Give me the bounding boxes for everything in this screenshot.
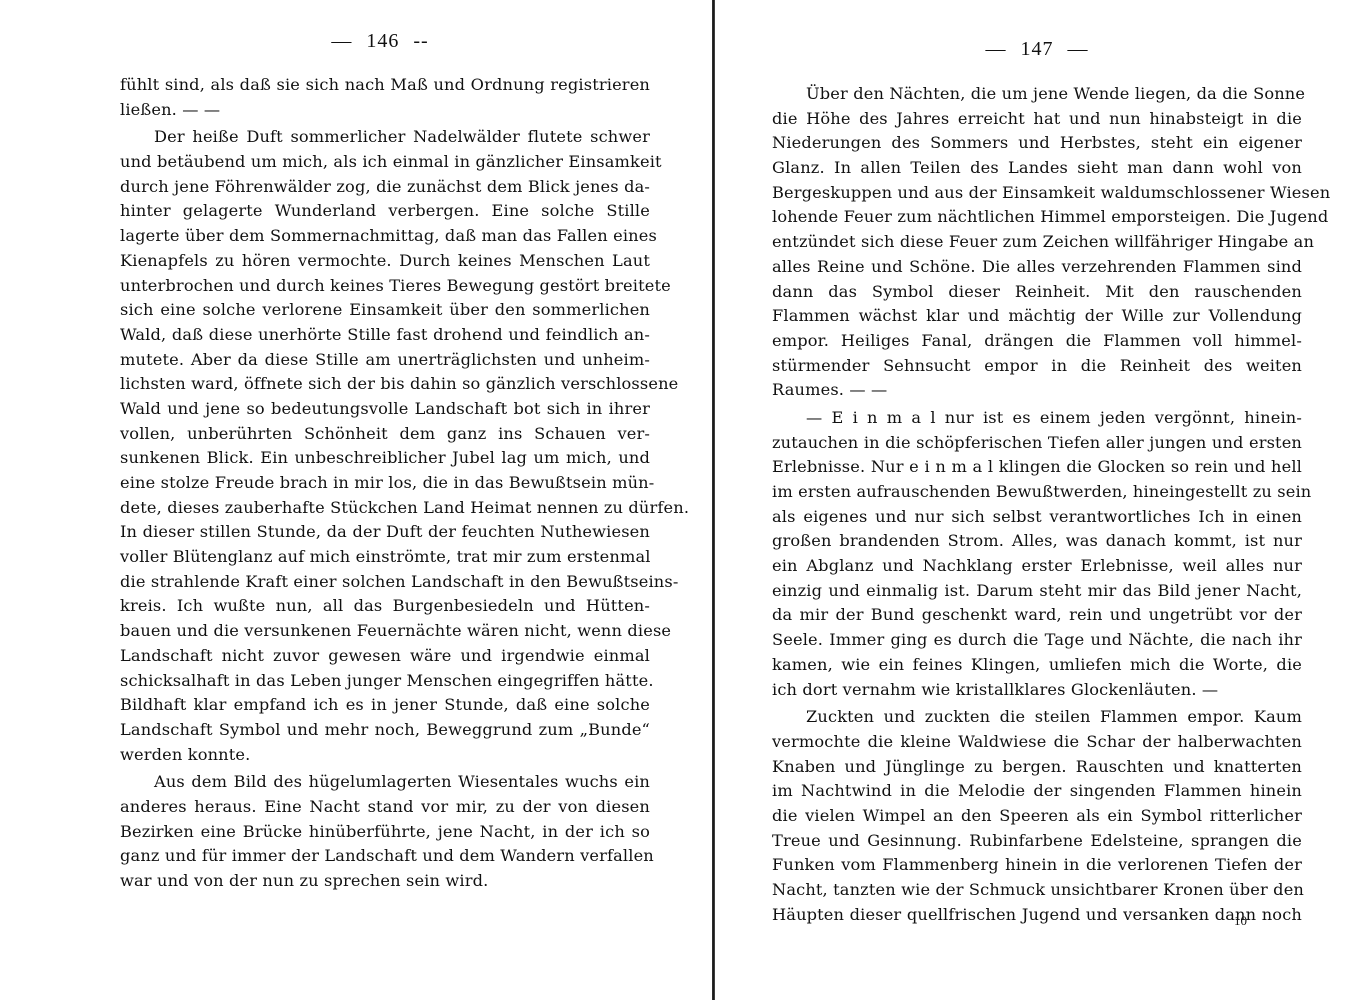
text-line: hinter gelagerte Wunderland verbergen. E… — [120, 199, 650, 224]
text-line: Landschaft Symbol und mehr noch, Beweggr… — [120, 718, 650, 743]
text-line: die vielen Wimpel an den Speeren als ein… — [772, 804, 1302, 829]
text-line: voller Blütenglanz auf mich einströmte, … — [120, 545, 650, 570]
text-line: lichsten ward, öffnete sich der bis dahi… — [120, 372, 650, 397]
text-line: unterbrochen und durch keines Tieres Bew… — [120, 274, 650, 299]
paragraph-start-line: Der heiße Duft sommerlicher Nadelwälder … — [120, 125, 650, 150]
paragraph-start-line: Aus dem Bild des hügelumlagerten Wiesent… — [120, 770, 650, 795]
page-body-text: Über den Nächten, die um jene Wende lieg… — [772, 82, 1302, 927]
header-dash: — — [986, 38, 1007, 60]
text-line: Erlebnisse. Nur e i n m a l klingen die … — [772, 455, 1302, 480]
text-line: im Nachtwind in die Melodie der singende… — [772, 779, 1302, 804]
text-line: Wald und jene so bedeutungsvolle Landsch… — [120, 397, 650, 422]
text-line: bauen und die versunkenen Feuernächte wä… — [120, 619, 650, 644]
page-number-header: —147— — [772, 38, 1302, 61]
text-line: im ersten aufrauschenden Bewußtwerden, h… — [772, 480, 1302, 505]
text-line: Kienapfels zu hören vermochte. Durch kei… — [120, 249, 650, 274]
text-line: Bildhaft klar empfand ich es in jener St… — [120, 693, 650, 718]
text-line: werden konnte. — [120, 743, 650, 768]
text-line: mutete. Aber da diese Stille am unerträg… — [120, 348, 650, 373]
text-line: vollen, unberührten Schönheit dem ganz i… — [120, 422, 650, 447]
text-line: Niederungen des Sommers und Herbstes, st… — [772, 131, 1302, 156]
page-number: 146 — [366, 30, 399, 52]
text-line: Funken vom Flammenberg hinein in die ver… — [772, 853, 1302, 878]
text-line: dete, dieses zauberhafte Stückchen Land … — [120, 496, 650, 521]
paragraph-start-line: Zuckten und zuckten die steilen Flammen … — [772, 705, 1302, 730]
text-line: In dieser stillen Stunde, da der Duft de… — [120, 520, 650, 545]
text-line: empor. Heiliges Fanal, drängen die Flamm… — [772, 329, 1302, 354]
page-number-header: —146-- — [110, 30, 650, 53]
text-line: und betäubend um mich, als ich einmal in… — [120, 150, 650, 175]
text-line: da mir der Bund geschenkt ward, rein und… — [772, 603, 1302, 628]
page-body-text: fühlt sind, als daß sie sich nach Maß un… — [120, 73, 650, 894]
text-line: einzig und einmalig ist. Darum steht mir… — [772, 579, 1302, 604]
text-line: Landschaft nicht zuvor gewesen wäre und … — [120, 644, 650, 669]
text-line: ein Abglanz und Nachklang erster Erlebni… — [772, 554, 1302, 579]
text-line: Treue und Gesinnung. Rubinfarbene Edelst… — [772, 829, 1302, 854]
text-line: die Höhe des Jahres erreicht hat und nun… — [772, 107, 1302, 132]
printer-signature-mark: 10 — [1234, 913, 1247, 929]
paragraph-start-line: Über den Nächten, die um jene Wende lieg… — [772, 82, 1302, 107]
text-line: kreis. Ich wußte nun, all das Burgenbesi… — [120, 594, 650, 619]
text-line: ließen. — — — [120, 98, 650, 123]
text-line: Seele. Immer ging es durch die Tage und … — [772, 628, 1302, 653]
text-line: ganz und für immer der Landschaft und de… — [120, 844, 650, 869]
text-line: lagerte über dem Sommernachmittag, daß m… — [120, 224, 650, 249]
text-line: dann das Symbol dieser Reinheit. Mit den… — [772, 280, 1302, 305]
text-line: eine stolze Freude brach in mir los, die… — [120, 471, 650, 496]
text-line: ich dort vernahm wie kristallklares Gloc… — [772, 678, 1302, 703]
text-line: Bergeskuppen und aus der Einsamkeit wald… — [772, 181, 1302, 206]
header-dash: — — [331, 30, 352, 52]
header-dash: -- — [413, 30, 428, 52]
text-line: durch jene Föhrenwälder zog, die zunächs… — [120, 175, 650, 200]
text-line: war und von der nun zu sprechen sein wir… — [120, 869, 650, 894]
text-line: stürmender Sehnsucht empor in die Reinhe… — [772, 354, 1302, 379]
text-line: großen brandenden Strom. Alles, was dana… — [772, 529, 1302, 554]
text-line: vermochte die kleine Waldwiese die Schar… — [772, 730, 1302, 755]
text-line: fühlt sind, als daß sie sich nach Maß un… — [120, 73, 650, 98]
book-gutter-fold — [712, 0, 715, 1000]
text-line: Raumes. — — — [772, 378, 1302, 403]
text-line: lohende Feuer zum nächtlichen Himmel emp… — [772, 205, 1302, 230]
left-page: —146-- fühlt sind, als daß sie sich nach… — [120, 0, 650, 1000]
book-spread: —146-- fühlt sind, als daß sie sich nach… — [0, 0, 1368, 1000]
paragraph-start-line: — E i n m a l nur ist es einem jeden ver… — [772, 406, 1302, 431]
text-line: sich eine solche verlorene Einsamkeit üb… — [120, 298, 650, 323]
right-page: —147— Über den Nächten, die um jene Wend… — [772, 0, 1302, 1000]
text-line: Bezirken eine Brücke hinüberführte, jene… — [120, 820, 650, 845]
text-line: als eigenes und nur sich selbst verantwo… — [772, 505, 1302, 530]
text-line: Wald, daß diese unerhörte Stille fast dr… — [120, 323, 650, 348]
text-line: die strahlende Kraft einer solchen Lands… — [120, 570, 650, 595]
text-line: Flammen wächst klar und mächtig der Will… — [772, 304, 1302, 329]
text-line: sunkenen Blick. Ein unbeschreiblicher Ju… — [120, 446, 650, 471]
text-line: anderes heraus. Eine Nacht stand vor mir… — [120, 795, 650, 820]
text-line: schicksalhaft in das Leben junger Mensch… — [120, 669, 650, 694]
text-line: Nacht, tanzten wie der Schmuck unsichtba… — [772, 878, 1302, 903]
text-line: kamen, wie ein feines Klingen, umliefen … — [772, 653, 1302, 678]
text-line: zutauchen in die schöpferischen Tiefen a… — [772, 431, 1302, 456]
text-line: Häupten dieser quellfrischen Jugend und … — [772, 903, 1302, 928]
text-line: Knaben und Jünglinge zu bergen. Rauschte… — [772, 755, 1302, 780]
text-line: Glanz. In allen Teilen des Landes sieht … — [772, 156, 1302, 181]
page-number: 147 — [1021, 38, 1054, 60]
header-dash: — — [1068, 38, 1089, 60]
text-line: alles Reine und Schöne. Die alles verzeh… — [772, 255, 1302, 280]
text-line: entzündet sich diese Feuer zum Zeichen w… — [772, 230, 1302, 255]
